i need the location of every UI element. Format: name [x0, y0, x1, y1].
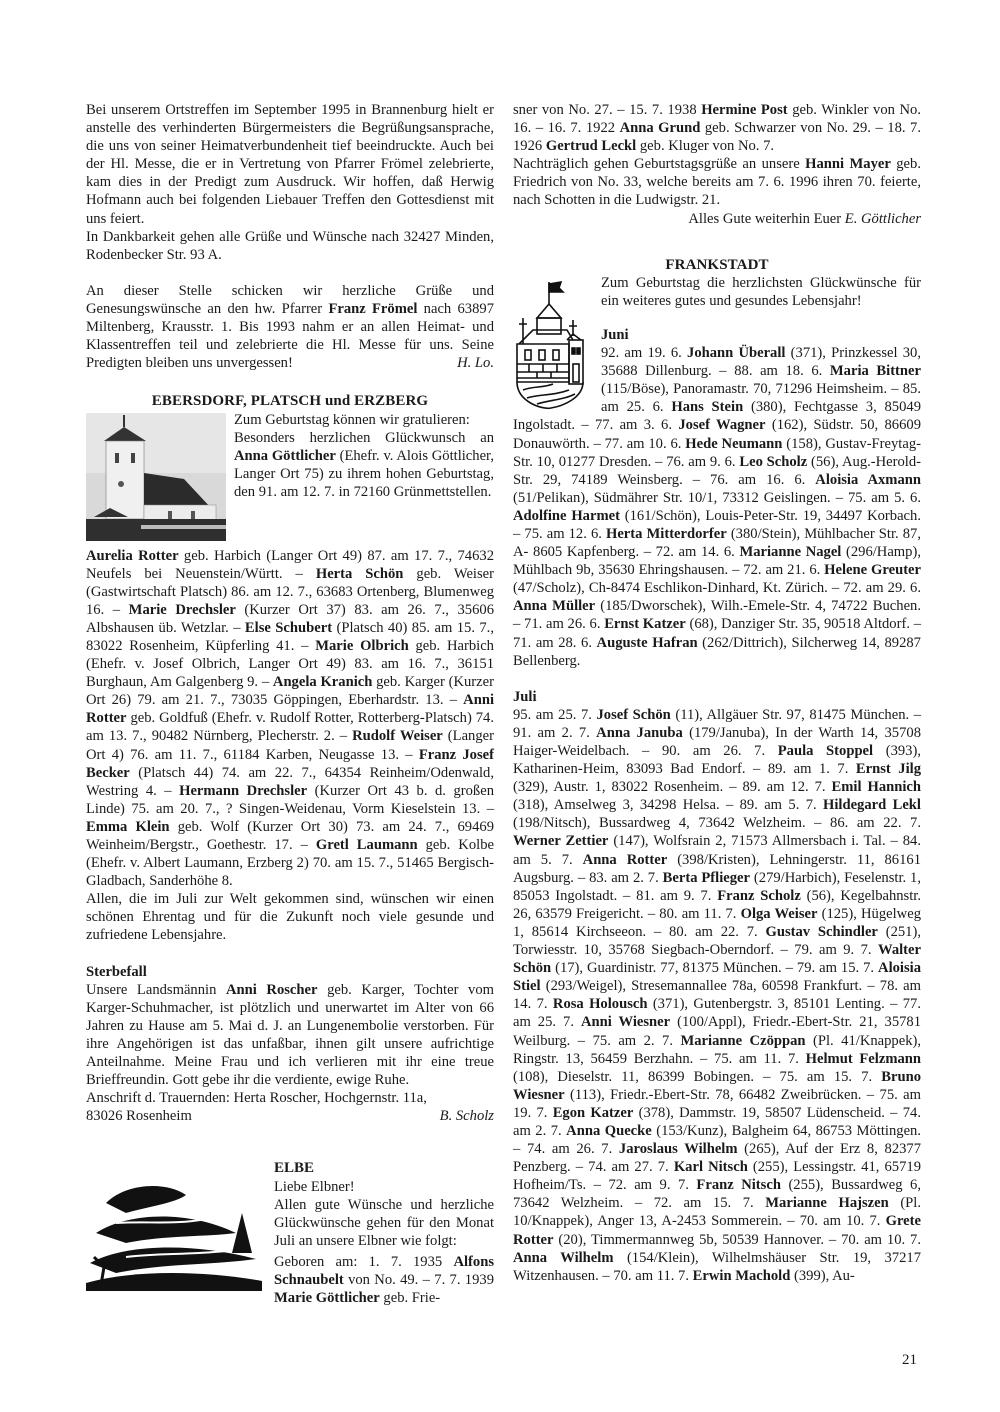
right-column: sner von No. 27. – 15. 7. 1938 Hermine P… [513, 101, 921, 1285]
thanks-paragraph: In Dankbarkeit gehen alle Grüße und Wüns… [86, 228, 494, 264]
sterbefall-address: Anschrift d. Trauernden: Herta Roscher, … [86, 1089, 494, 1107]
landscape-drawing [86, 1173, 266, 1291]
sterbefall-paragraph: Unsere Landsmännin Anni Roscher geb. Kar… [86, 981, 494, 1090]
frankstadt-coat-of-arms-icon [513, 278, 593, 410]
elbe-continued: sner von No. 27. – 15. 7. 1938 Hermine P… [513, 101, 921, 155]
list-item: 95. am 25. 7. Josef Schön (11), Allgäuer… [513, 707, 921, 723]
late-greeting: Nachträglich gehen Geburtstagsgrüße an u… [513, 155, 921, 209]
ebersdorf-closing: Allen, die im Juli zur Welt gekommen sin… [86, 890, 494, 944]
church-photo [86, 413, 226, 541]
sterbefall-heading: Sterbefall [86, 963, 494, 981]
address-city: 83026 Rosenheim [86, 1107, 192, 1125]
ebersdorf-birthday-list: Aurelia Rotter geb. Harbich (Langer Ort … [86, 547, 494, 891]
intro-paragraph: Bei unserem Ortstreffen im September 199… [86, 101, 494, 228]
juli-birthday-list: 95. am 25. 7. Josef Schön (11), Allgäuer… [513, 706, 921, 1285]
list-item: 71. am 26. 6. Ernst Katzer (68), Danzige… [524, 616, 921, 632]
section-heading-ebersdorf: EBERSDORF, PLATSCH und ERZBERG [86, 392, 494, 410]
signature: B. Scholz [440, 1107, 494, 1125]
signature: H. Lo. [457, 354, 494, 372]
list-item: 70. am 11. 7. Erwin Machold (399), Au- [613, 1268, 854, 1284]
elbe-signature-line: Alles Gute weiterhin Euer E. Göttlicher [513, 210, 921, 228]
left-column: Bei unserem Ortstreffen im September 199… [86, 101, 494, 1307]
juli-heading: Juli [513, 688, 921, 706]
section-heading-frankstadt: FRANKSTADT [513, 256, 921, 274]
list-item: 71. am 28. 6. Auguste Hafran (262/Dittri… [513, 635, 921, 669]
page-number: 21 [902, 1352, 917, 1369]
